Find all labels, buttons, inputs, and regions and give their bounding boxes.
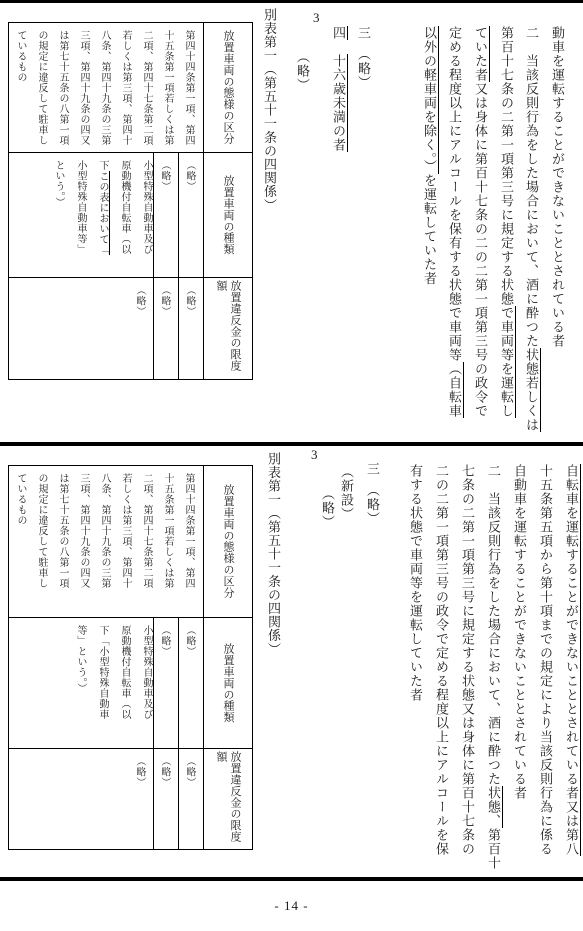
- table-cell-kubun-line: 十五条第一項若しくは第: [161, 473, 174, 589]
- emphasized-text: 四: [331, 26, 348, 40]
- text-segment: 第百十: [486, 828, 501, 870]
- text-segment: 八条、第四十九条の三第: [99, 30, 110, 146]
- table-column-header: 放置違反金の限度額: [204, 278, 252, 379]
- text-segment: （略）: [159, 625, 170, 657]
- table-cell-kubun-line: ているもの: [14, 473, 27, 526]
- text-segment: 三項、第四十九条の四又: [78, 473, 89, 589]
- table-cell-kubun-line: 十五条第一項若しくは第: [161, 30, 174, 146]
- text-segment: の規定に違反して駐車し: [36, 30, 47, 146]
- table-cell-shurui-line: 下この表において「: [96, 160, 109, 255]
- text-column: （略）: [319, 487, 336, 529]
- table-cell-shurui-line: 原動機付自転車（以: [118, 625, 131, 720]
- table-cell-shurui-line: 等」という。）: [74, 625, 87, 694]
- text-column: ていた者又は身体に第百十七条の二の二第一項第三号の政令で: [472, 26, 489, 418]
- table-column-header: 放置車両の種類: [204, 153, 252, 276]
- text-segment: （略）: [134, 285, 145, 317]
- panel-border-bottom: [0, 877, 583, 881]
- text-column: 二の二第一項第三号の政令で定める程度以上にアルコールを保: [433, 464, 450, 856]
- text-segment: 七条の二第一項第三号に規定する状態又は身体に第百十七条の: [460, 464, 475, 856]
- table-cell-kubun-line: 第四十四条第一項、第四: [182, 30, 195, 146]
- text-segment: 第百十七条の二第一項第三号に規定する状態: [499, 26, 514, 306]
- text-column: 七条の二第一項第三号に規定する状態又は身体に第百十七条の: [459, 464, 476, 856]
- panel-border-top: [0, 0, 583, 3]
- table-cell-ryaku: （略）: [158, 160, 171, 192]
- text-segment: 下: [97, 160, 108, 171]
- table-header-text: 放置車両の種類: [221, 175, 235, 255]
- text-segment: の規定に違反して駐車し: [36, 473, 47, 589]
- table-header-text: 放置違反金の限度額: [214, 280, 242, 377]
- text-segment: （略）: [159, 756, 170, 788]
- text-segment: という。）: [53, 160, 64, 208]
- table-cell-ryaku: （略）: [158, 625, 171, 657]
- text-segment: ているもの: [15, 30, 26, 83]
- text-column: 二 当該反則行為をした場合において、酒に酔つた状態、第百十: [485, 464, 502, 870]
- emphasized-text: 状態若しくは: [524, 348, 541, 432]
- text-column: 三 （略）: [364, 462, 381, 526]
- text-column: （新設）: [338, 465, 355, 521]
- emphasized-text: ていた者: [473, 26, 490, 82]
- table-column-header: 放置車両の態様の区分: [204, 466, 252, 616]
- table-title: 別表第一（第五十一条の四関係）: [261, 8, 278, 212]
- text-segment: 三項、第四十九条の四又: [78, 30, 89, 146]
- table-header-text: 放置車両の態様の区分: [221, 30, 235, 144]
- text-segment: 二 当該反則行為をした場合において、酒に酔つた: [524, 26, 539, 348]
- text-segment: 原動機付自転車（以: [119, 625, 130, 720]
- text-column: 四 十六歳未満の者: [330, 26, 347, 152]
- text-column: 定める程度以上にアルコールを保有する状態で車両等（自転車: [446, 26, 463, 418]
- emphasized-text: この表において「: [97, 171, 110, 255]
- paragraph-number: 3: [313, 10, 320, 26]
- table-cell-kubun-line: 二項、第四十七条第二項: [140, 473, 153, 589]
- table-column-header: 放置違反金の限度額: [204, 749, 252, 849]
- page-number: - 14 -: [0, 898, 583, 914]
- table-cell-kubun-line: は第七十五条の八第一項: [56, 473, 69, 589]
- text-segment: （略）: [184, 160, 195, 192]
- table-cell-shurui-line: 小型特殊自動車等」: [74, 160, 87, 255]
- text-segment: 八条、第四十九条の三第: [99, 473, 110, 589]
- table-cell-shurui-line: 下「小型特殊自動車: [96, 625, 109, 720]
- text-segment: （略）: [184, 285, 195, 317]
- text-segment: （新設）: [339, 465, 354, 521]
- table-cell-kubun-line: 八条、第四十九条の三第: [98, 30, 111, 146]
- table-cell-kubun-line: 第四十四条第一項、第四: [182, 473, 195, 589]
- table-cell-ryaku: （略）: [133, 285, 146, 317]
- table-cell-ryaku: （略）: [183, 756, 196, 788]
- text-segment: 自動車を運転することができないこととされている者: [512, 464, 527, 800]
- text-column: 第百十七条の二第一項第三号に規定する状態で車両等を運転し: [498, 26, 515, 418]
- emphasized-text: 自転車を運転することができないこととされている者又は第八: [564, 464, 581, 856]
- text-segment: （略）: [184, 756, 195, 788]
- table-header-text: 放置違反金の限度額: [214, 751, 242, 847]
- table-cell-ryaku: （略）: [183, 285, 196, 317]
- text-segment: ているもの: [15, 473, 26, 526]
- text-segment: 十五条第一項若しくは第: [162, 473, 173, 589]
- emphasized-text: （自転車: [447, 362, 464, 418]
- table-cell-divider: [153, 152, 154, 380]
- text-segment: 二項、第四十七条第二項: [141, 473, 152, 589]
- text-segment: 下「小型特殊自動車: [97, 625, 108, 720]
- document-page: 動車を運転することができないこととされている者二 当該反則行為をした場合において…: [0, 0, 583, 931]
- text-column: 動車を運転することができないこととされている者: [549, 26, 566, 348]
- text-segment: 別表第一（第五十一条の四関係）: [266, 452, 281, 656]
- text-segment: 等」という。）: [75, 625, 86, 694]
- text-column: 自動車を運転することができないこととされている者: [511, 464, 528, 800]
- table-cell-divider: [153, 617, 154, 850]
- table-cell-kubun-line: 若しくは第三項、第四十: [119, 30, 132, 146]
- table-cell-kubun-line: 三項、第四十九条の四又: [77, 30, 90, 146]
- table-cell-shurui-line: 原動機付自転車（以: [118, 160, 131, 255]
- text-segment: （略）: [184, 625, 195, 657]
- text-segment: 十五条第五項から第十項までの規定により当該反則行為に係る: [538, 464, 553, 856]
- table-cell-kubun-line: は第七十五条の八第一項: [56, 30, 69, 146]
- text-segment: 小型特殊自動車等」: [75, 160, 86, 255]
- text-segment: （略）: [320, 487, 335, 529]
- table-cell-ryaku: （略）: [133, 756, 146, 788]
- table-cell-divider: [178, 152, 179, 380]
- text-segment: 若しくは第三項、第四十: [120, 30, 131, 146]
- text-column: 二 当該反則行為をした場合において、酒に酔つた状態若しくは: [523, 26, 540, 432]
- text-segment: を運転していた者: [422, 174, 437, 286]
- text-segment: （略）: [159, 285, 170, 317]
- text-segment: 二 当該反則行為をした場合において、酒に酔つた: [486, 464, 501, 786]
- table-cell-shurui-line: 小型特殊自動車及び: [140, 160, 153, 255]
- text-segment: 若しくは第三項、第四十: [120, 473, 131, 589]
- text-segment: （略）: [295, 50, 310, 92]
- text-segment: 有する状態で車両等を運転していた者: [408, 464, 423, 702]
- table-column-header: 放置車両の態様の区分: [204, 23, 252, 151]
- table-cell-ryaku: （略）: [183, 160, 196, 192]
- table-cell-kubun-line: の規定に違反して駐車し: [35, 30, 48, 146]
- table-cell-ryaku: （略）: [158, 756, 171, 788]
- text-column: 十五条第五項から第十項までの規定により当該反則行為に係る: [537, 464, 554, 856]
- text-column: 三 （略）: [355, 26, 372, 90]
- table-cell-kubun-line: 八条、第四十九条の三第: [98, 473, 111, 589]
- table-column-header: 放置車両の種類: [204, 618, 252, 747]
- text-segment: [331, 40, 346, 54]
- text-segment: 十五条第一項若しくは第: [162, 30, 173, 146]
- table-cell-ryaku: （略）: [158, 285, 171, 317]
- emphasized-text: 状態、: [486, 786, 503, 828]
- emphasized-text: 十六歳未満の者: [331, 54, 348, 152]
- text-segment: は第七十五条の八第一項: [57, 473, 68, 589]
- table-cell-kubun-line: ているもの: [14, 30, 27, 83]
- text-segment: 小型特殊自動車及び: [141, 160, 152, 255]
- text-segment: 動車を運転することができないこととされている者: [550, 26, 565, 348]
- text-segment: 小型特殊自動車及び: [141, 625, 152, 720]
- table-header-text: 放置車両の態様の区分: [221, 484, 235, 598]
- text-segment: 三 （略）: [365, 462, 380, 526]
- emphasized-text: 以外の軽車両を除く。）: [422, 26, 439, 174]
- text-segment: 二項、第四十七条第二項: [141, 30, 152, 146]
- text-segment: 又は身体に第百十七条の二の二第一項第三号の政令で: [473, 82, 488, 418]
- text-segment: 定める程度以上にアルコールを保有する状態で車両等: [447, 26, 462, 362]
- text-column: 以外の軽車両を除く。）を運転していた者: [421, 26, 438, 286]
- table-title: 別表第一（第五十一条の四関係）: [265, 452, 282, 656]
- text-segment: 別表第一（第五十一条の四関係）: [262, 8, 277, 212]
- text-segment: （略）: [134, 756, 145, 788]
- table-cell-kubun-line: 二項、第四十七条第二項: [140, 30, 153, 146]
- table-cell-ryaku: （略）: [183, 625, 196, 657]
- panel-divider: [0, 442, 583, 446]
- text-segment: （略）: [159, 160, 170, 192]
- table-cell-divider: [178, 617, 179, 850]
- text-segment: 二の二第一項第三号の政令で定める程度以上にアルコールを保: [434, 464, 449, 856]
- table-header-text: 放置車両の種類: [221, 643, 235, 723]
- text-column: （略）: [294, 50, 311, 92]
- table-cell-shurui-line: 小型特殊自動車及び: [140, 625, 153, 720]
- table-cell-kubun-line: 若しくは第三項、第四十: [119, 473, 132, 589]
- table-cell-kubun-line: の規定に違反して駐車し: [35, 473, 48, 589]
- emphasized-text: で車両等を運転し: [499, 306, 516, 418]
- text-segment: 原動機付自転車（以: [119, 160, 130, 255]
- table-cell-shurui-line: という。）: [52, 160, 65, 208]
- paragraph-number: 3: [311, 447, 318, 463]
- text-column: 自転車を運転することができないこととされている者又は第八: [563, 464, 580, 856]
- text-segment: は第七十五条の八第一項: [57, 30, 68, 146]
- text-segment: 第四十四条第一項、第四: [183, 473, 194, 589]
- text-segment: 三 （略）: [356, 26, 371, 90]
- text-segment: 第四十四条第一項、第四: [183, 30, 194, 146]
- table-cell-kubun-line: 三項、第四十九条の四又: [77, 473, 90, 589]
- text-column: 有する状態で車両等を運転していた者: [407, 464, 424, 702]
